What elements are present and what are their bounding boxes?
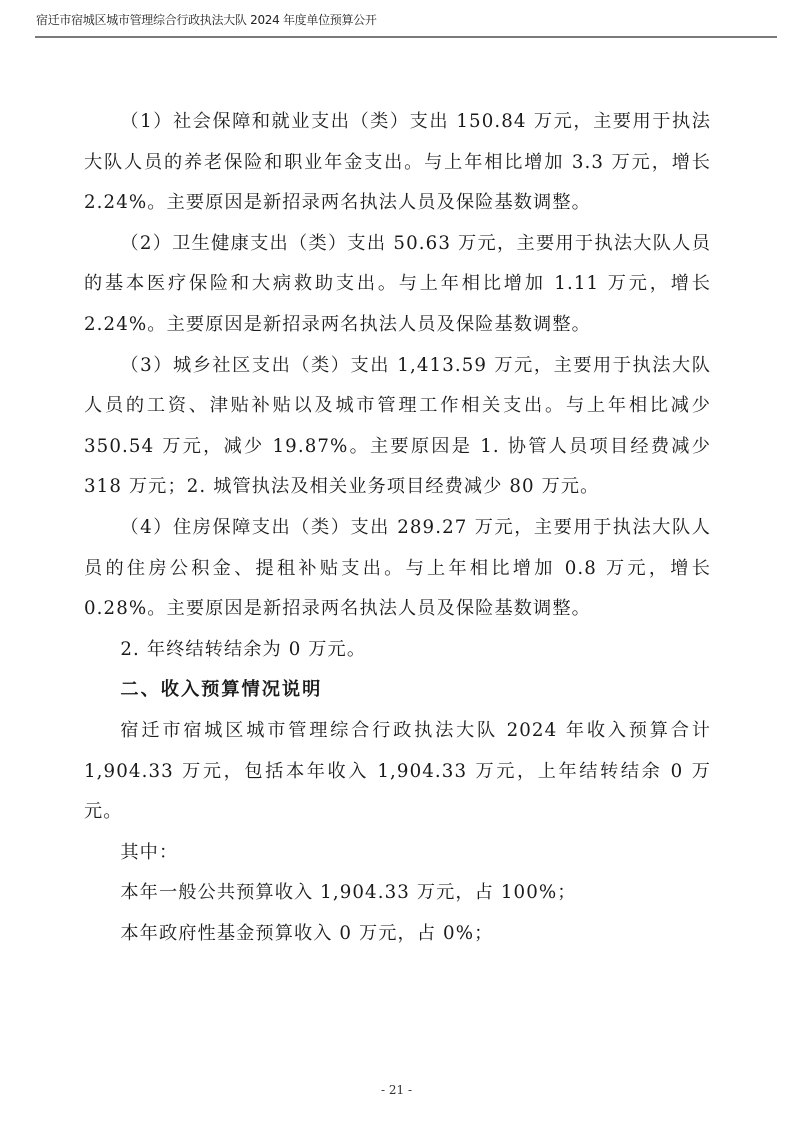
paragraph-income-government-fund: 本年政府性基金预算收入 0 万元，占 0%；: [84, 914, 711, 955]
paragraph-year-end-balance: 2. 年终结转结余为 0 万元。: [84, 630, 711, 671]
page-number: - 21 -: [0, 1083, 793, 1097]
section-heading-income: 二、收入预算情况说明: [84, 670, 711, 711]
paragraph-income-among: 其中：: [84, 833, 711, 874]
paragraph-housing: （4）住房保障支出（类）支出 289.27 万元，主要用于执法大队人员的住房公积…: [84, 508, 711, 630]
paragraph-income-total: 宿迁市宿城区城市管理综合行政执法大队 2024 年收入预算合计 1,904.33…: [84, 711, 711, 833]
paragraph-urban-rural: （3）城乡社区支出（类）支出 1,413.59 万元，主要用于执法大队人员的工资…: [84, 346, 711, 508]
document-body: （1）社会保障和就业支出（类）支出 150.84 万元，主要用于执法大队人员的养…: [84, 102, 711, 954]
paragraph-social-security: （1）社会保障和就业支出（类）支出 150.84 万元，主要用于执法大队人员的养…: [84, 102, 711, 224]
document-header-title: 宿迁市宿城区城市管理综合行政执法大队 2024 年度单位预算公开: [36, 11, 377, 28]
paragraph-health: （2）卫生健康支出（类）支出 50.63 万元，主要用于执法大队人员的基本医疗保…: [84, 224, 711, 346]
paragraph-income-general-budget: 本年一般公共预算收入 1,904.33 万元，占 100%；: [84, 873, 711, 914]
header-divider: [35, 36, 777, 38]
